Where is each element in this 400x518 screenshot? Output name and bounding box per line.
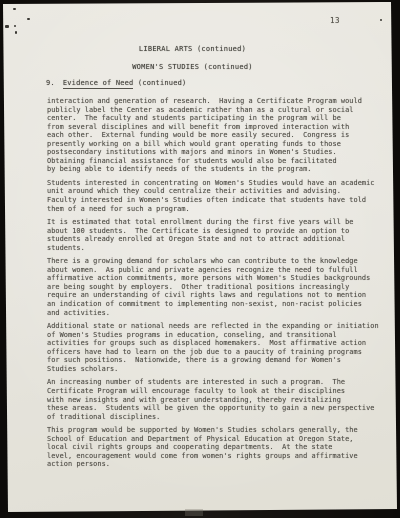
section-title-suffix: (continued) [133, 79, 186, 87]
dust-speckle [15, 31, 17, 34]
header-womens-studies: WOMEN'S STUDIES (continued) [20, 59, 365, 77]
document-body: interaction and generation of research. … [47, 97, 391, 474]
paragraph-6: An increasing number of students are int… [47, 378, 391, 421]
dust-speckle [380, 19, 382, 21]
section-heading: 9.Evidence of Need (continued) [46, 79, 186, 87]
dust-speckle [5, 25, 9, 28]
paragraph-7: This program would be supported by Women… [47, 426, 391, 469]
dust-speckle [13, 8, 16, 10]
paragraph-1: interaction and generation of research. … [47, 97, 391, 174]
page-headers: LIBERAL ARTS (continued) WOMEN'S STUDIES… [20, 41, 365, 76]
document-page: 13 LIBERAL ARTS (continued) WOMEN'S STUD… [0, 0, 400, 518]
header-liberal-arts: LIBERAL ARTS (continued) [20, 41, 365, 59]
paragraph-4: There is a growing demand for scholars w… [47, 257, 391, 317]
paragraph-5: Additional state or national needs are r… [47, 322, 391, 373]
dust-speckle [27, 18, 30, 20]
page-number: 13 [330, 16, 340, 25]
scan-edge-gap [185, 509, 203, 516]
paragraph-2: Students interested in concentrating on … [47, 179, 391, 213]
paragraph-3: It is estimated that total enrollment du… [47, 218, 391, 252]
section-title: Evidence of Need [63, 79, 134, 89]
section-number: 9. [46, 79, 55, 87]
dust-speckle [14, 25, 16, 27]
